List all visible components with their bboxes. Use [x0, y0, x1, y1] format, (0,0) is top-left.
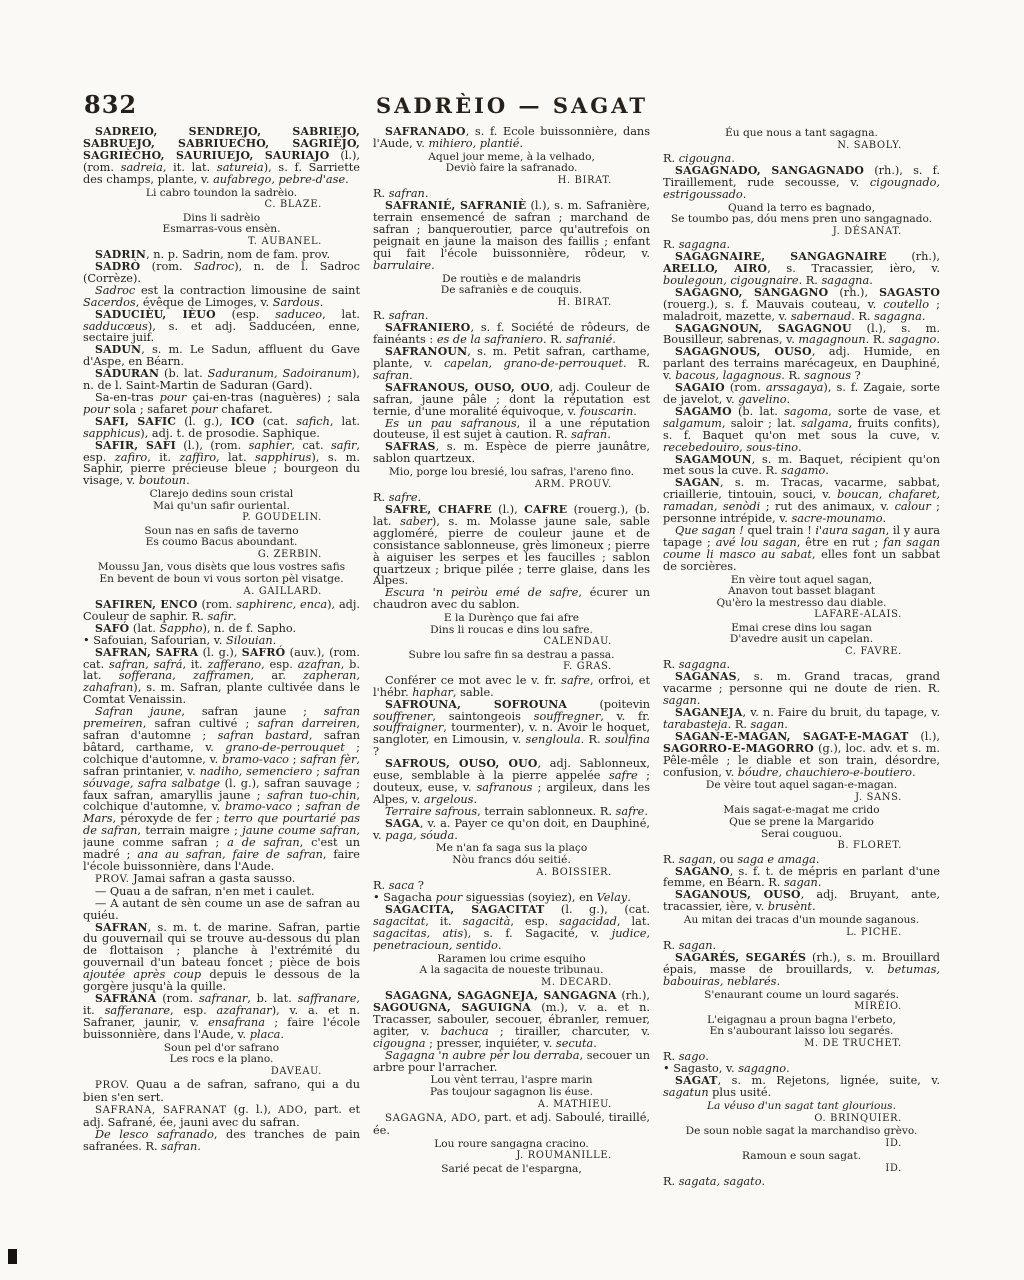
verse-quote: Dins li sadrèioEsmarras-vous ensèn. — [83, 213, 360, 236]
verse-quote: Éu que nous a tant sagagna. — [663, 128, 940, 140]
citation-author: C. FAVRE. — [663, 646, 940, 657]
verse-quote: S'enaurant coume un lourd sagarés. — [663, 990, 940, 1002]
verse-line: Dins li roucas e dins lou safre. — [373, 625, 650, 637]
verse-line: En bevent de boun vi vous sorton pèl vis… — [83, 574, 360, 586]
verse-quote: E la Durènço que fai afreDins li roucas … — [373, 613, 650, 636]
entry-paragraph: SAGAN-E-MAGAN, SAGAT-E-MAGAT (l.), SAGOR… — [663, 731, 940, 779]
verse-quote: Au mitan dei tracas d'un mounde saganous… — [663, 915, 940, 927]
verse-quote: L'eigagnau a proun bagna l'erbeto,En s'a… — [663, 1015, 940, 1038]
entry-paragraph: Conférer ce mot avec le v. fr. safre, or… — [373, 675, 650, 699]
citation-author: J. ROUMANILLE. — [373, 1150, 650, 1161]
citation-author: ARM. PROUV. — [373, 479, 650, 490]
verse-line: D'avedre ausit un capelan. — [663, 634, 940, 646]
entry-paragraph: Escura 'n peiròu emé de safre, écurer un… — [373, 587, 650, 611]
citation-author: C. BLAZE. — [83, 199, 360, 210]
verse-quote: Mais sagat-e-magat me cridoQue se prene … — [663, 805, 940, 840]
entry-paragraph: PROV. Quau a de safran, safrano, qui a d… — [83, 1079, 360, 1104]
verse-line: Mai qu'un safir ouriental. — [83, 501, 360, 513]
entry-paragraph: Sagagna 'n aubre pèr lou derraba, secoue… — [373, 1050, 650, 1074]
verse-quote: De vèire tout aquel sagan-e-magan. — [663, 780, 940, 792]
verse-line: S'enaurant coume un lourd sagarés. — [663, 990, 940, 1002]
entry-paragraph: SAGAT, s. m. Rejetons, lignée, suite, v.… — [663, 1075, 940, 1099]
column-3: Éu que nous a tant sagagna.N. SABOLY.R. … — [663, 126, 940, 1276]
verse-quote: Raramen lou crime esquihoA la sagacita d… — [373, 954, 650, 977]
citation-author: F. GRAS. — [373, 661, 650, 672]
verse-line: Es coumo Bacus aboundant. — [83, 537, 360, 549]
verse-line: En s'aubourant laisso lou segarés. — [663, 1026, 940, 1038]
verse-quote: Lou vènt terrau, l'aspre marinPas toujou… — [373, 1075, 650, 1098]
page-title: SADRÈIO — SAGAT — [0, 93, 1024, 118]
entry-paragraph: SAFI, SAFIC (l. g.), ICO (cat. safich, l… — [83, 416, 360, 440]
verse-quote: De soun noble sagat la marchandiso grèvo… — [663, 1126, 940, 1138]
note-line: R. sagata, sagato. — [663, 1176, 940, 1188]
entry-paragraph: SAFROUS, OUSO, OUO, adj. Sablonneux, eus… — [373, 758, 650, 806]
entry-paragraph: SAGANEJA, v. n. Faire du bruit, du tapag… — [663, 707, 940, 731]
entry-paragraph: SAFIR, SAFI (l.), (rom. saphier, cat. sa… — [83, 440, 360, 488]
entry-paragraph: SAGAMO (b. lat. sagoma, sorte de vase, e… — [663, 406, 940, 454]
verse-line: Que se prene la Margarido — [663, 817, 940, 829]
entry-paragraph: SADRÒ (rom. Sadroc), n. de l. Sadroc (Co… — [83, 261, 360, 285]
entry-paragraph: SAFRANA, SAFRANAT (g. l.), ADO, part. et… — [83, 1104, 360, 1129]
entry-paragraph: SAGANAS, s. m. Grand tracas, grand vacar… — [663, 671, 940, 707]
verse-line: Deviò faire la safranado. — [373, 163, 650, 175]
verse-line: De vèire tout aquel sagan-e-magan. — [663, 780, 940, 792]
verse-line: Les rocs e la plano. — [83, 1054, 360, 1066]
entry-paragraph: SAFRANOUN, s. m. Petit safran, carthame,… — [373, 346, 650, 382]
verse-quote: De routiès e de malandrisDe safraniès e … — [373, 274, 650, 297]
entry-paragraph: SAGAGNOUS, OUSO, adj. Humide, en parlant… — [663, 346, 940, 382]
text-columns: SADRÈIO, SENDRÈJO, SABRIÈJO, SABRUEJO, S… — [83, 126, 941, 1276]
verse-line: Éu que nous a tant sagagna. — [663, 128, 940, 140]
verse-line: Esmarras-vous ensèn. — [83, 224, 360, 236]
citation-author: B. FLORET. — [663, 840, 940, 851]
verse-quote: Sarié pecat de l'espargna, — [373, 1164, 650, 1176]
verse-quote: Lou roure sangagna cracino. — [373, 1139, 650, 1151]
scan-artifact-mark — [8, 1249, 17, 1264]
verse-line: A la sagacita de noueste tribunau. — [373, 965, 650, 977]
entry-paragraph: SAGAN, s. m. Tracas, vacarme, sabbat, cr… — [663, 477, 940, 525]
entry-paragraph: SAGAGNAIRE, SANGAGNAIRE (rh.), ARELLO, A… — [663, 251, 940, 287]
verse-line: Qu'èro la mestresso dau diable. — [663, 598, 940, 610]
verse-line: Nòu francs dóu seitié. — [373, 855, 650, 867]
citation-author: ID. — [663, 1163, 940, 1174]
verse-line: Lou roure sangagna cracino. — [373, 1139, 650, 1151]
verse-line: Pas toujour sagagnon lis éuse. — [373, 1087, 650, 1099]
entry-paragraph: SAFIREN, ENCO (rom. saphirenc, enca), ad… — [83, 599, 360, 623]
citation-author: MIRÈIO. — [663, 1001, 940, 1012]
verse-quote: Emai crese dins lou saganD'avedre ausit … — [663, 623, 940, 646]
entry-paragraph: SADUN, s. m. Le Sadun, affluent du Gave … — [83, 344, 360, 368]
verse-quote: Mio, porge lou bresié, lou safras, l'are… — [373, 467, 650, 479]
citation-author: P. GOUDELIN. — [83, 512, 360, 523]
entry-paragraph: SAGAGNO, SANGAGNO (rh.), SAGASTO (rouerg… — [663, 287, 940, 323]
verse-line: Serai couguou. — [663, 829, 940, 841]
verse-quote: Moussu Jan, vous disèts que lous vostres… — [83, 562, 360, 585]
verse-line: Subre lou safre fin sa destrau a passa. — [373, 650, 650, 662]
entry-paragraph: De lesco safranado, des tranches de pain… — [83, 1129, 360, 1153]
citation-author: DAVEAU. — [83, 1066, 360, 1077]
entry-paragraph: SAFRANOUS, OUSO, OUO, adj. Couleur de sa… — [373, 382, 650, 418]
verse-line: La véuso d'un sagat tant glourious. — [663, 1101, 940, 1113]
entry-paragraph: SAGAGNADO, SANGAGNADO (rh.), s. f. Tirai… — [663, 165, 940, 201]
verse-quote: Soun pel d'or safranoLes rocs e la plano… — [83, 1043, 360, 1066]
verse-line: Au mitan dei tracas d'un mounde saganous… — [663, 915, 940, 927]
entry-paragraph: SAGAGNA, ADO, part. et adj. Saboulé, tir… — [373, 1112, 650, 1137]
verse-line: Sarié pecat de l'espargna, — [373, 1164, 650, 1176]
citation-author: J. SANS. — [663, 792, 940, 803]
entry-paragraph: SAFRAS, s. m. Espèce de pierre jaunâtre,… — [373, 441, 650, 465]
entry-paragraph: SADUCIÈU, IÈUO (esp. saduceo, lat. saddu… — [83, 309, 360, 345]
verse-quote: En vèire tout aquel sagan,Anavon tout ba… — [663, 575, 940, 610]
column-2: SAFRANADO, s. f. École buissonnière, dan… — [373, 126, 650, 1276]
entry-paragraph: SAFRAN, s. m. t. de marine. Safran, part… — [83, 922, 360, 993]
verse-quote: Subre lou safre fin sa destrau a passa. — [373, 650, 650, 662]
entry-paragraph: SAGAIO (rom. arssagaya), s. f. Zagaie, s… — [663, 382, 940, 406]
citation-author: LAFARE-ALAIS. — [663, 609, 940, 620]
column-1: SADRÈIO, SENDRÈJO, SABRIÈJO, SABRUEJO, S… — [83, 126, 360, 1276]
entry-paragraph: Que sagan ! quel train ! i'aura sagan, i… — [663, 525, 940, 573]
verse-quote: Me n'an fa saga sus la plaçoNòu francs d… — [373, 843, 650, 866]
verse-quote: Clarejo dedins soun cristalMai qu'un saf… — [83, 489, 360, 512]
entry-paragraph: SAFRAN, SAFRA (l. g.), SAFRÓ (auv.), (ro… — [83, 647, 360, 707]
verse-quote: Aquel jour meme, à la velhado,Deviò fair… — [373, 152, 650, 175]
verse-quote: La véuso d'un sagat tant glourious. — [663, 1101, 940, 1113]
citation-author: O. BRINQUIER. — [663, 1113, 940, 1124]
entry-paragraph: SAGAMOUN, s. m. Baquet, récipient qu'on … — [663, 454, 940, 478]
entry-paragraph: SAFRE, CHAFRE (l.), CAFRE (rouerg.), (b.… — [373, 504, 650, 587]
verse-line: Ramoun e soun sagat. — [663, 1151, 940, 1163]
verse-line: De soun noble sagat la marchandiso grèvo… — [663, 1126, 940, 1138]
citation-author: T. AUBANEL. — [83, 236, 360, 247]
verse-line: Se toumbo pas, dóu mens pren uno sangagn… — [663, 214, 940, 226]
entry-paragraph: SAGA, v. a. Payer ce qu'on doit, en Daup… — [373, 818, 650, 842]
citation-author: CALENDAU. — [373, 636, 650, 647]
entry-paragraph: Safran jaune, safran jaune ; safran prem… — [83, 706, 360, 873]
citation-author: L. PICHE. — [663, 927, 940, 938]
entry-paragraph: SAGANO, s. f. t. de mépris en parlant d'… — [663, 866, 940, 890]
citation-author: A. MATHIEU. — [373, 1099, 650, 1110]
entry-paragraph: Es un pau safranous, il a une réputation… — [373, 418, 650, 442]
citation-author: H. BIRAT. — [373, 175, 650, 186]
entry-paragraph: SAFROUNA, SOFROUNA (poitevin souffrener,… — [373, 699, 650, 759]
entry-paragraph: SAFRANIÉ, SAFRANIÈ (l.), s. m. Safranièr… — [373, 200, 650, 271]
verse-line: Mio, porge lou bresié, lou safras, l'are… — [373, 467, 650, 479]
entry-paragraph: SAFRANIERO, s. f. Société de rôdeurs, de… — [373, 322, 650, 346]
entry-paragraph: SADURAN (b. lat. Saduranum, Sadoiranum),… — [83, 368, 360, 392]
citation-author: M. DE TRUCHET. — [663, 1038, 940, 1049]
citation-author: A. GAILLARD. — [83, 586, 360, 597]
entry-paragraph: SAFRANA (rom. safranar, b. lat. saffrana… — [83, 993, 360, 1041]
verse-quote: Li cabro toundon la sadrèio. — [83, 188, 360, 200]
entry-paragraph: SAGARÉS, SEGARÉS (rh.), s. m. Brouillard… — [663, 952, 940, 988]
verse-quote: Quand la terro es bagnado,Se toumbo pas,… — [663, 203, 940, 226]
citation-author: M. DECARD. — [373, 977, 650, 988]
verse-line: De safraniès e de couquis. — [373, 285, 650, 297]
entry-paragraph: Sadroc est la contraction limousine de s… — [83, 285, 360, 309]
entry-paragraph: SAGACITA, SAGACITAT (l. g.), (cat. sagac… — [373, 904, 650, 952]
entry-paragraph: Sa-en-tras pour çai-en-tras (naguères) ;… — [83, 392, 360, 416]
entry-paragraph: SAGANOUS, OUSO, adj. Bruyant, ante, trac… — [663, 889, 940, 913]
entry-paragraph: SAFRANADO, s. f. École buissonnière, dan… — [373, 126, 650, 150]
citation-author: J. DÉSANAT. — [663, 226, 940, 237]
citation-author: H. BIRAT. — [373, 297, 650, 308]
entry-paragraph: SAGAGNA, SAGAGNEJA, SANGAGNA (rh.), SAGO… — [373, 990, 650, 1050]
citation-author: A. BOISSIER. — [373, 867, 650, 878]
entry-paragraph: SAGAGNOUN, SAGAGNOU (l.), s. m. Bousille… — [663, 323, 940, 347]
citation-author: G. ZERBIN. — [83, 549, 360, 560]
entry-paragraph: — A autant de sèn coume un ase de safran… — [83, 898, 360, 922]
verse-quote: Ramoun e soun sagat. — [663, 1151, 940, 1163]
citation-author: ID. — [663, 1138, 940, 1149]
citation-author: N. SABOLY. — [663, 140, 940, 151]
entry-paragraph: SADRÈIO, SENDRÈJO, SABRIÈJO, SABRUEJO, S… — [83, 126, 360, 186]
dictionary-page: 832 SADRÈIO — SAGAT SADRÈIO, SENDRÈJO, S… — [0, 0, 1024, 1280]
verse-line: Li cabro toundon la sadrèio. — [83, 188, 360, 200]
verse-quote: Soun nas en safis de tavernoEs coumo Bac… — [83, 526, 360, 549]
